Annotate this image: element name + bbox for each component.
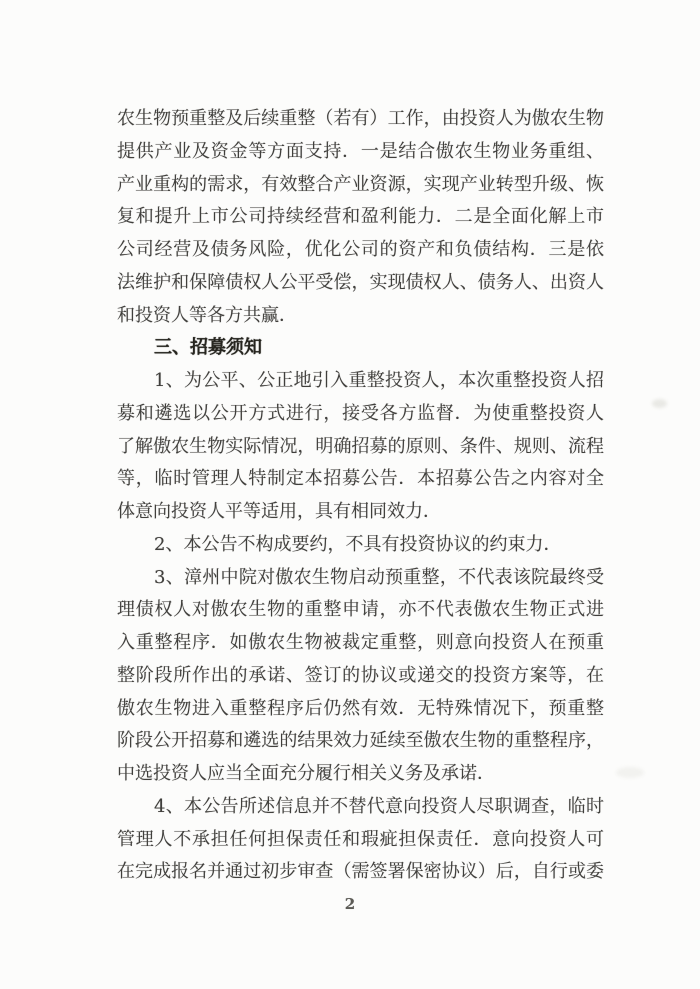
scan-smudge bbox=[616, 767, 644, 778]
text-line: 整阶段所作出的承诺、签订的协议或递交的投资方案等，在 bbox=[117, 660, 604, 693]
text-line: 复和提升上市公司持续经营和盈利能力．二是全面化解上市 bbox=[117, 201, 604, 234]
text-line: 3、漳州中院对傲农生物启动预重整，不代表该院最终受 bbox=[117, 562, 604, 595]
page-text: 农生物预重整及后续重整（若有）工作，由投资人为傲农生物 提供产业及资金等方面支持… bbox=[117, 103, 604, 889]
text-line: 公司经营及债务风险，优化公司的资产和负债结构．三是依 bbox=[117, 234, 604, 267]
text-line: 在完成报名并通过初步审查（需签署保密协议）后，自行或委 bbox=[117, 856, 604, 889]
text-line: 管理人不承担任何担保责任和瑕疵担保责任．意向投资人可 bbox=[117, 824, 604, 857]
text-line: 农生物预重整及后续重整（若有）工作，由投资人为傲农生物 bbox=[117, 103, 604, 136]
text-line: 入重整程序．如傲农生物被裁定重整，则意向投资人在预重 bbox=[117, 627, 604, 660]
section-heading: 三、招募须知 bbox=[117, 332, 604, 365]
text-line: 法维护和保障债权人公平受偿，实现债权人、债务人、出资人 bbox=[117, 267, 604, 300]
text-line: 等，临时管理人特制定本招募公告．本招募公告之内容对全 bbox=[117, 463, 604, 496]
scan-smudge bbox=[652, 399, 667, 408]
text-line: 中选投资人应当全面充分履行相关义务及承诺． bbox=[117, 758, 604, 791]
text-line: 提供产业及资金等方面支持．一是结合傲农生物业务重组、 bbox=[117, 136, 604, 169]
text-line: 2、本公告不构成要约，不具有投资协议的约束力． bbox=[117, 529, 604, 562]
text-line: 1、为公平、公正地引入重整投资人，本次重整投资人招 bbox=[117, 365, 604, 398]
text-line: 傲农生物进入重整程序后仍然有效．无特殊情况下，预重整 bbox=[117, 693, 604, 726]
text-line: 理债权人对傲农生物的重整申请，亦不代表傲农生物正式进 bbox=[117, 594, 604, 627]
text-line: 和投资人等各方共赢． bbox=[117, 300, 604, 333]
document-page: 农生物预重整及后续重整（若有）工作，由投资人为傲农生物 提供产业及资金等方面支持… bbox=[0, 0, 700, 989]
text-line: 募和遴选以公开方式进行，接受各方监督．为使重整投资人 bbox=[117, 398, 604, 431]
text-line: 产业重构的需求，有效整合产业资源，实现产业转型升级、恢 bbox=[117, 169, 604, 202]
text-line: 阶段公开招募和遴选的结果效力延续至傲农生物的重整程序， bbox=[117, 725, 604, 758]
text-line: 4、本公告所述信息并不替代意向投资人尽职调查，临时 bbox=[117, 791, 604, 824]
text-line: 体意向投资人平等适用，具有相同效力． bbox=[117, 496, 604, 529]
text-line: 了解傲农生物实际情况，明确招募的原则、条件、规则、流程 bbox=[117, 431, 604, 464]
page-number: 2 bbox=[0, 895, 700, 913]
